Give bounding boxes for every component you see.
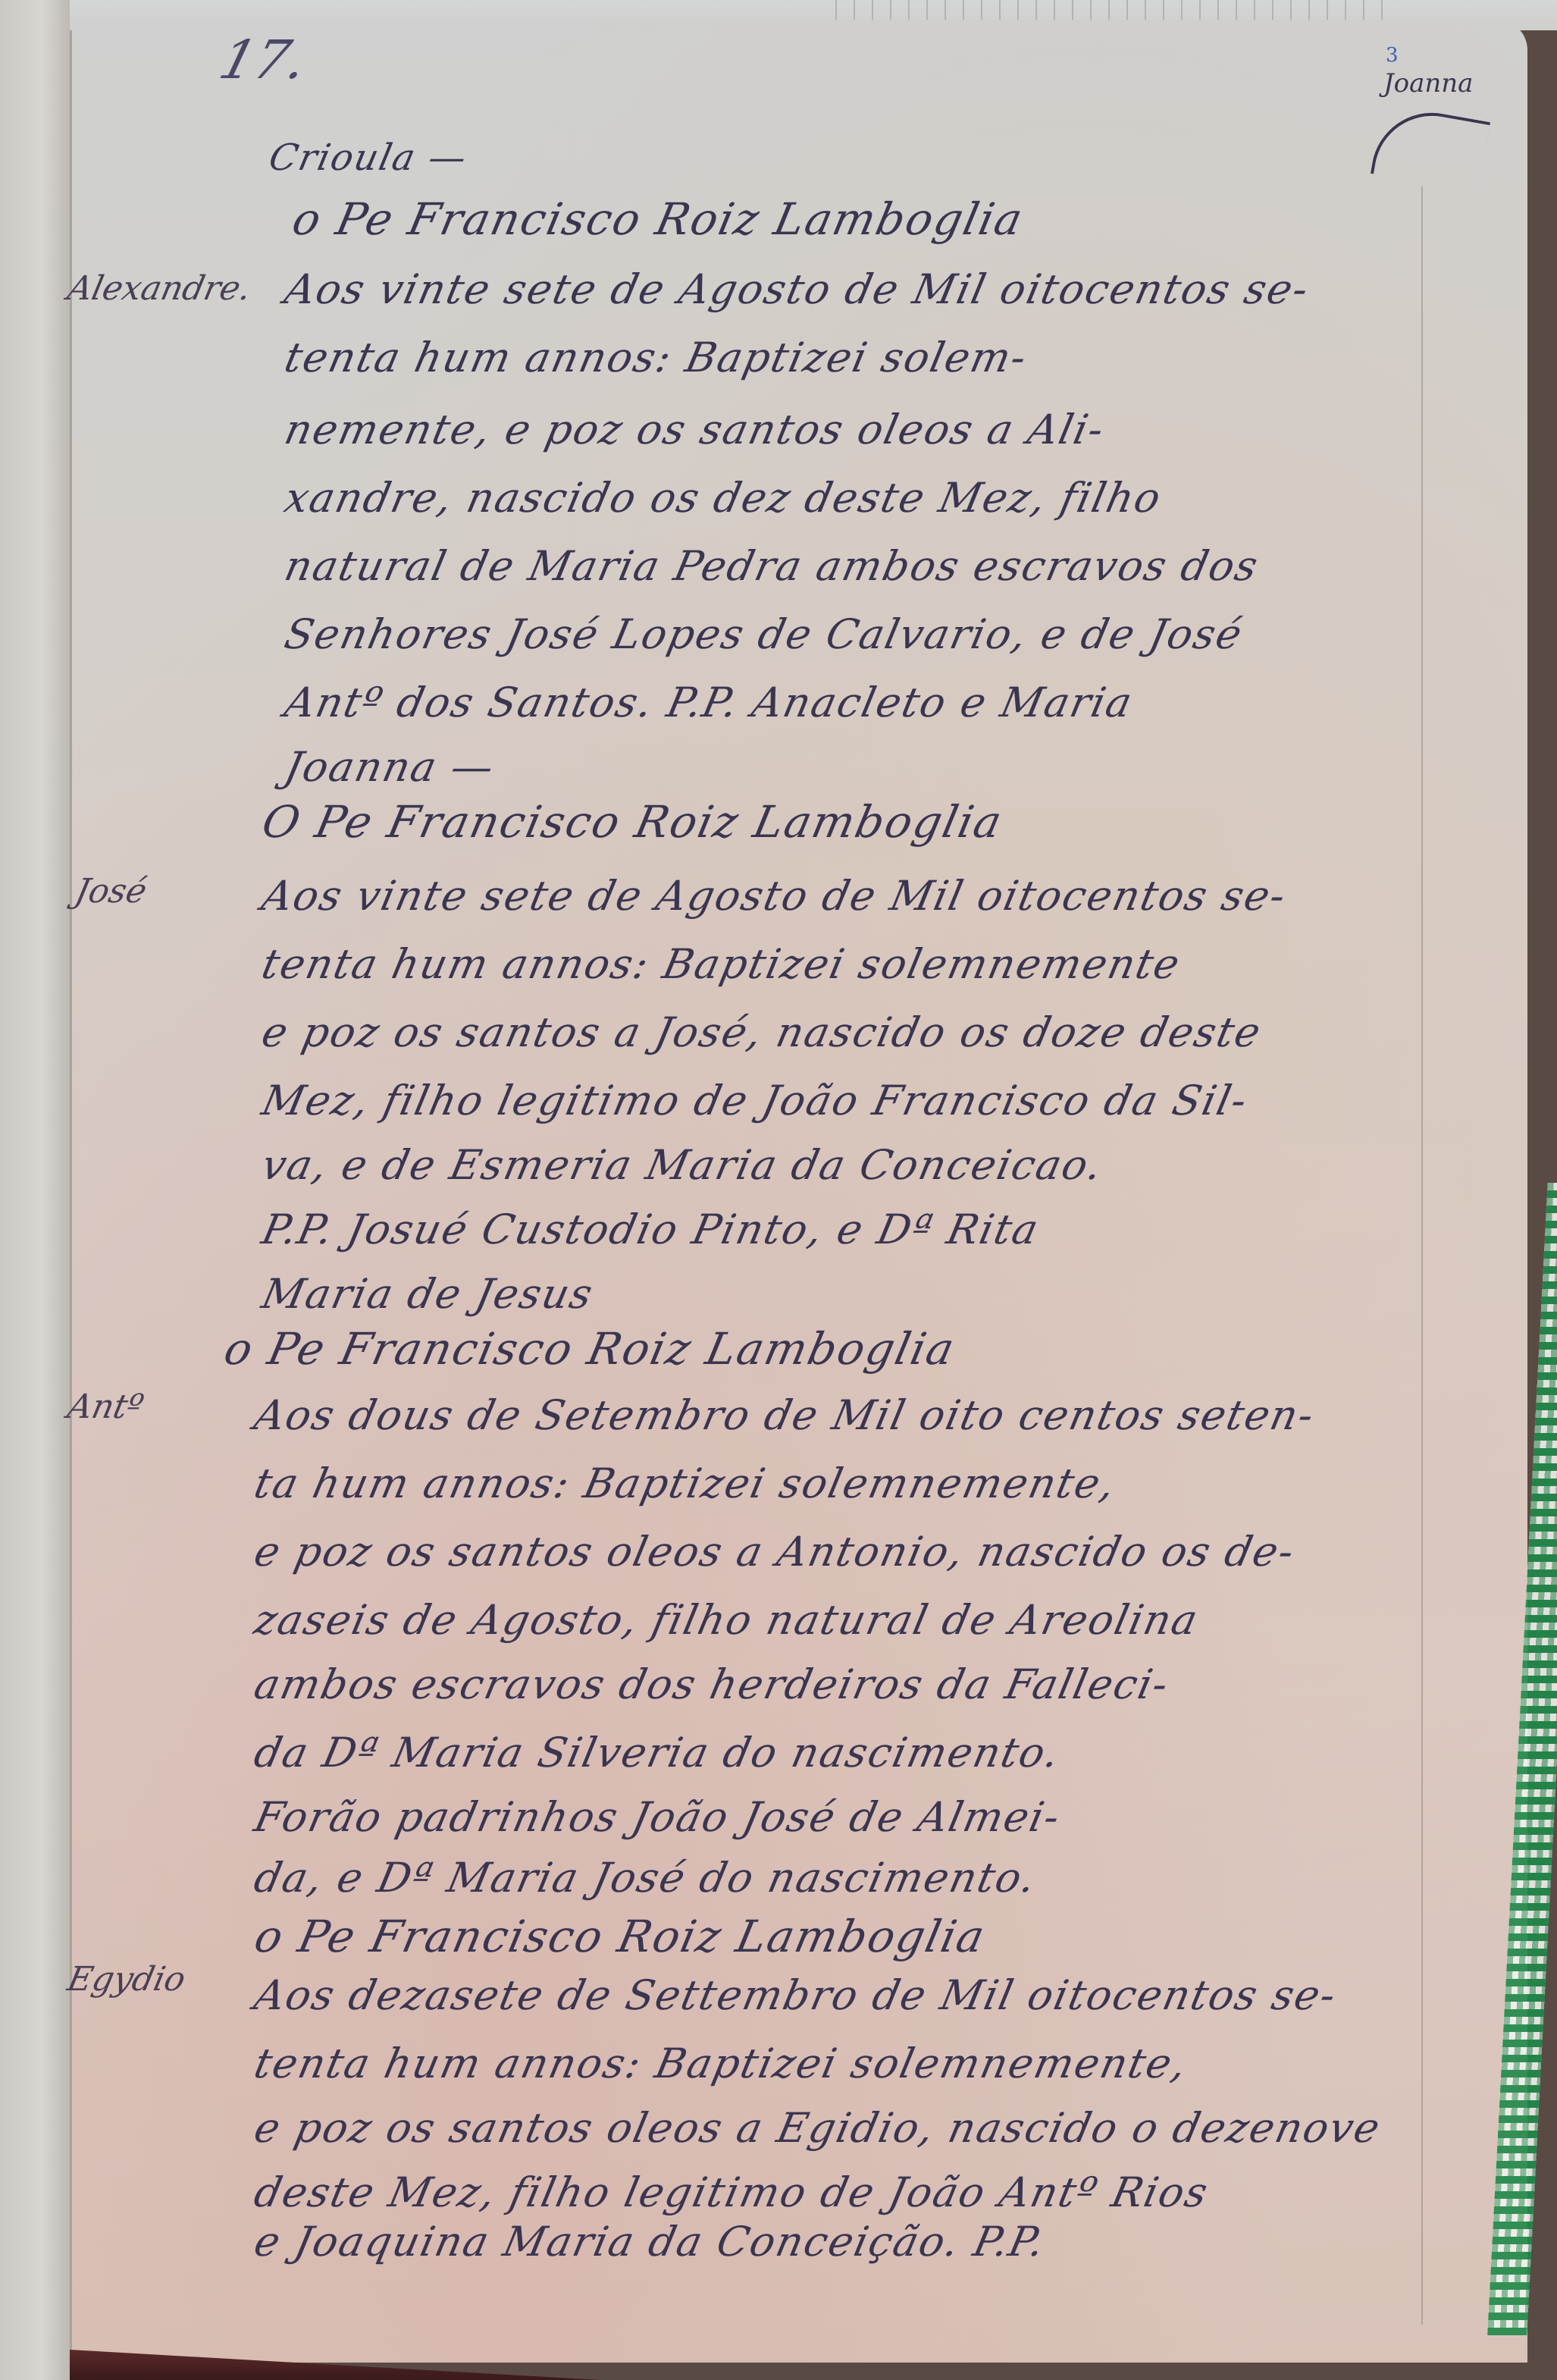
entry-line: ta hum annos: Baptizei solemnemente, [250, 1460, 1120, 1507]
folio-mark: 17. [213, 29, 314, 91]
entry-line: tenta hum annos: Baptizei solemnemente [258, 940, 1185, 988]
entry-line: va, e de Esmeria Maria da Conceicao. [258, 1141, 1107, 1189]
entry-line: Aos dezasete de Settembro de Mil oitocen… [250, 1971, 1341, 2019]
entry-margin-name: Egydio [64, 1960, 190, 1999]
entry-officiant: o Pe Francisco Roiz Lamboglia [288, 193, 1029, 245]
entry-line: e Joaquina Maria da Conceição. P.P. [250, 2218, 1050, 2266]
entry-line: Joanna — [280, 743, 500, 791]
background-grid-paper [819, 0, 1395, 21]
entry-officiant: o Pe Francisco Roiz Lamboglia [220, 1323, 960, 1375]
entry-line: Senhores José Lopes de Calvario, e de Jo… [280, 610, 1248, 658]
entry-line: nemente, e poz os santos oleos a Ali- [280, 406, 1109, 453]
entry-line: Mez, filho legitimo de João Francisco da… [258, 1077, 1252, 1124]
entry-line: natural de Maria Pedra ambos escravos do… [280, 542, 1263, 590]
entry-line: e poz os santos oleos a Antonio, nascido… [250, 1528, 1299, 1576]
entry-officiant: O Pe Francisco Roiz Lamboglia [258, 796, 1007, 848]
entry-line: da, e Dª Maria José do nascimento. [250, 1854, 1041, 1902]
entry-margin-name: José [72, 872, 151, 911]
page-heading: Crioula — [265, 136, 471, 179]
entry-line: Antº dos Santos. P.P. Anacleto e Maria [280, 679, 1138, 726]
entry-margin-name: Antº [64, 1388, 147, 1426]
entry-line: da Dª Maria Silveria do nascimento. [250, 1729, 1065, 1776]
entry-line: Aos vinte sete de Agosto de Mil oitocent… [280, 265, 1314, 313]
entry-line: tenta hum annos: Baptizei solem- [280, 334, 1032, 381]
entry-line: P.P. Josué Custodio Pinto, e Dª Rita [258, 1206, 1044, 1253]
adjacent-page-edge [0, 0, 72, 2380]
corner-number: 3 [1386, 44, 1399, 67]
corner-note: Joanna [1383, 68, 1473, 99]
entry-line: tenta hum annos: Baptizei solemnemente, [250, 2040, 1192, 2087]
entry-line: Aos vinte sete de Agosto de Mil oitocent… [258, 872, 1291, 920]
entry-line: e poz os santos oleos a Egidio, nascido … [250, 2104, 1386, 2152]
entry-line: Aos dous de Setembro de Mil oito centos … [250, 1391, 1319, 1439]
entry-line: Forão padrinhos João José de Almei- [250, 1793, 1065, 1841]
entry-line: deste Mez, filho legitimo de João Antº R… [250, 2168, 1213, 2216]
entry-officiant: o Pe Francisco Roiz Lamboglia [250, 1911, 991, 1962]
entry-line: xandre, nascido os dez deste Mez, filho [280, 474, 1166, 522]
entry-line: Maria de Jesus [258, 1270, 598, 1318]
margin-rule [1421, 187, 1423, 2325]
entry-margin-name: Alexandre. [64, 269, 255, 308]
entry-line: ambos escravos dos herdeiros da Falleci- [250, 1660, 1173, 1708]
entry-line: e poz os santos a José, nascido os doze … [258, 1008, 1266, 1056]
entry-line: zaseis de Agosto, filho natural de Areol… [250, 1596, 1203, 1644]
